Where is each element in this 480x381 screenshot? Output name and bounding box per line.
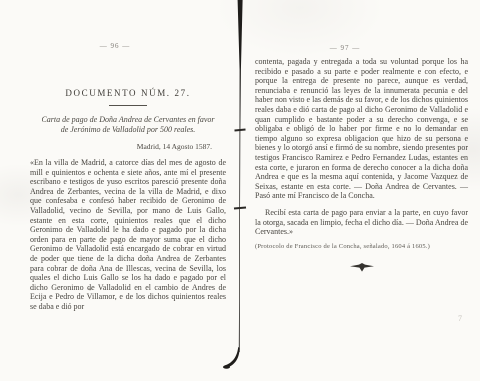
document-summary: Carta de pago de Doña Andrea de Cervante…: [37, 115, 219, 135]
document-heading: DOCUMENTO NÚM. 27.: [30, 88, 226, 98]
left-page-footer-mark: *: [88, 286, 92, 295]
heading-rule: [109, 105, 147, 106]
right-page-number: — 97 —: [255, 44, 435, 52]
right-page-body: contenta, pagada y entregada a toda su v…: [255, 57, 468, 201]
tailpiece-ornament-icon: [350, 263, 374, 272]
source-footnote: (Protocolo de Francisco de la Concha, se…: [255, 243, 468, 250]
left-page-number: — 96 —: [30, 42, 200, 50]
left-page: — 96 — DOCUMENTO NÚM. 27. Carta de pago …: [30, 42, 226, 312]
book-spread: — 96 — DOCUMENTO NÚM. 27. Carta de pago …: [0, 0, 480, 381]
signature-mark: 7: [458, 314, 462, 323]
left-page-body: «En la villa de Madrid, a catorce días d…: [30, 158, 226, 312]
receipt-note: Recibí esta carta de pago para enviar a …: [255, 208, 468, 237]
gutter-crease: [222, 0, 258, 381]
dateline: Madrid, 14 Agosto 1587.: [30, 142, 226, 151]
right-page: — 97 — contenta, pagada y entregada a to…: [255, 44, 468, 272]
